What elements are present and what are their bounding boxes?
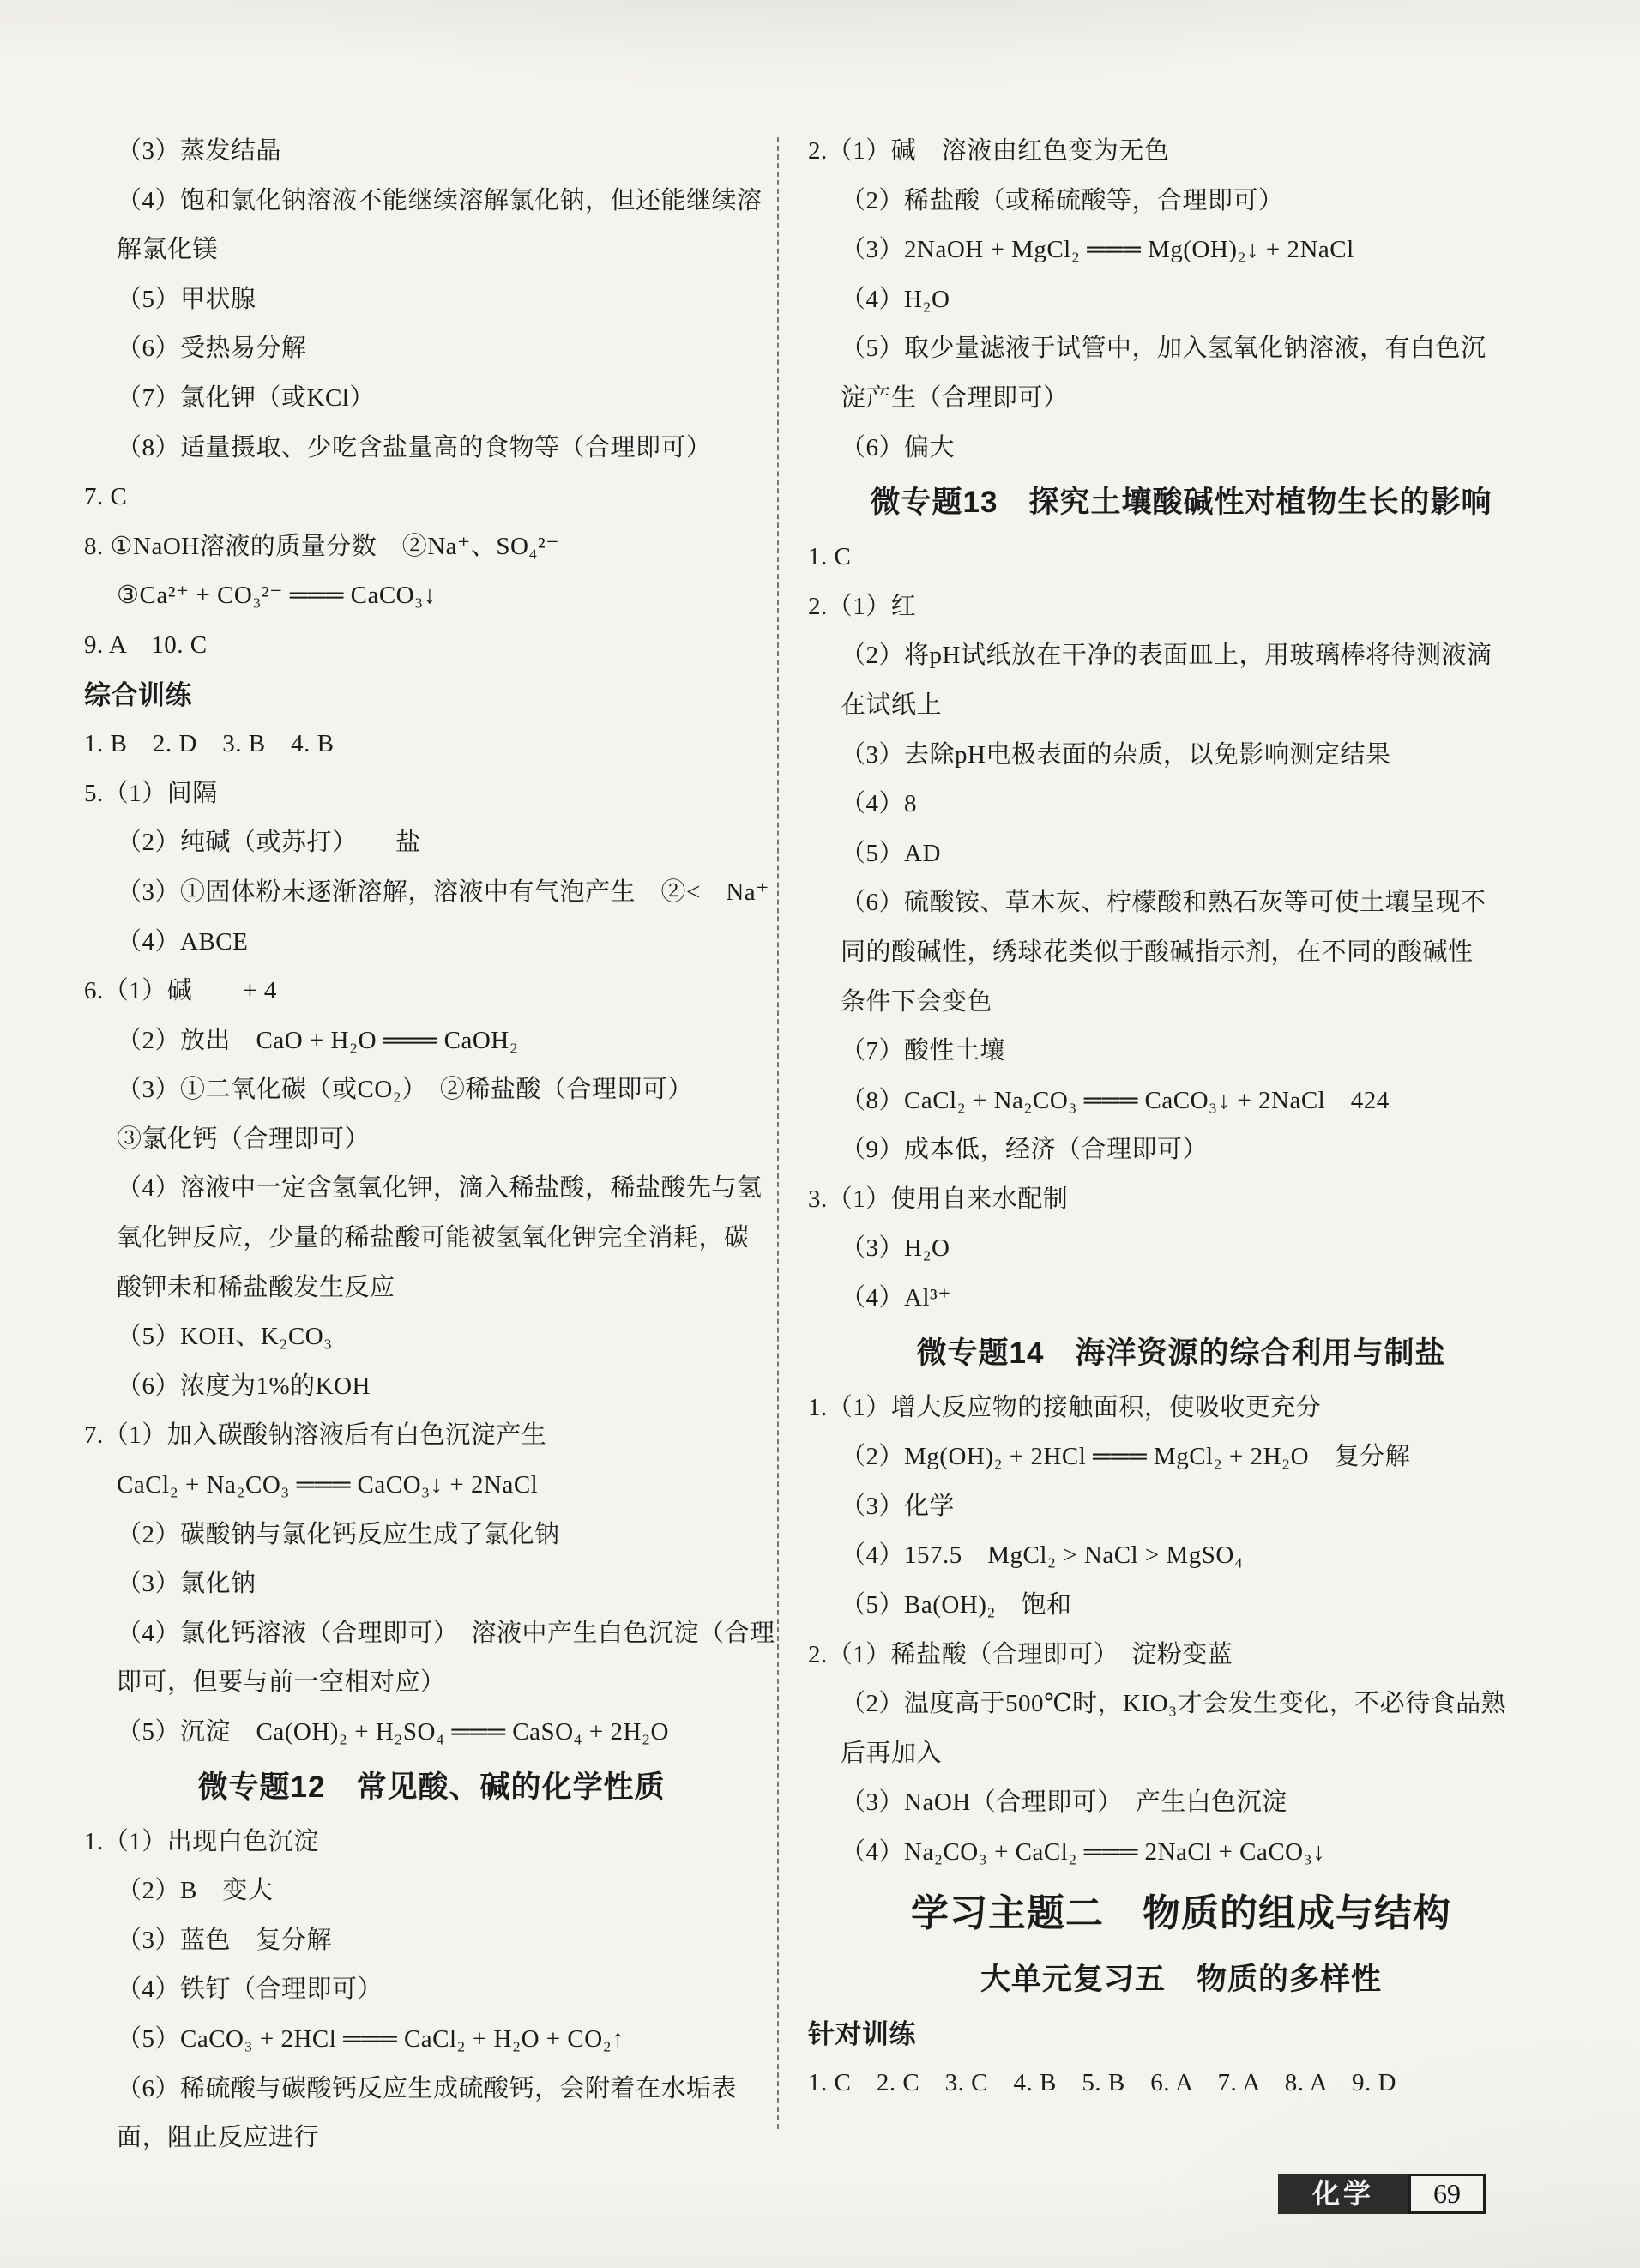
section-heading: 微专题12 常见酸、碱的化学性质 [84,1758,779,1818]
answer-line: 1. C 2. C 3. C 4. B 5. B 6. A 7. A 8. A … [808,2059,1554,2108]
answer-line: （2）B 变大 [84,1867,779,1916]
answer-line: （4）ABCE [84,918,779,968]
column-divider [777,137,779,2129]
answer-line: 后再加入 [808,1729,1554,1779]
answer-line: （6）稀硫酸与碳酸钙反应生成硫酸钙，会附着在水垢表 [84,2065,779,2114]
answer-line: （5）甲状腺 [84,275,779,325]
answer-line: （4）H₂O [808,275,1554,325]
page-number: 69 [1408,2174,1486,2214]
answer-line: （4）Na₂CO₃ + CaCl₂ ═══ 2NaCl + CaCO₃↓ [808,1828,1554,1878]
answer-line: （4）氯化钙溶液（合理即可） 溶液中产生白色沉淀（合理 [84,1609,779,1659]
answer-line: （6）偏大 [808,424,1554,474]
answer-line: （4）溶液中一定含氢氧化钾，滴入稀盐酸，稀盐酸先与氢 [84,1164,779,1214]
answer-line: （2）放出 CaO + H₂O ═══ CaOH₂ [84,1016,779,1066]
answer-line: 2.（1）稀盐酸（合理即可） 淀粉变蓝 [808,1631,1554,1680]
answer-line: ③氯化钙（合理即可） [84,1115,779,1165]
answer-line: （5）CaCO₃ + 2HCl ═══ CaCl₂ + H₂O + CO₂↑ [84,2015,779,2065]
answer-line: （3）2NaOH + MgCl₂ ═══ Mg(OH)₂↓ + 2NaCl [808,226,1554,275]
answer-line: 1.（1）出现白色沉淀 [84,1818,779,1867]
answer-line: 3.（1）使用自来水配制 [808,1175,1554,1225]
answer-line: 9. A 10. C [84,621,779,671]
answer-line: （8）适量摄取、少吃含盐量高的食物等（合理即可） [84,424,779,474]
answer-line: （2）碳酸钠与氯化钙反应生成了氯化钠 [84,1511,779,1560]
answer-line: （2）将pH试纸放在干净的表面皿上，用玻璃棒将待测液滴 [808,631,1554,681]
answer-line: 在试纸上 [808,681,1554,731]
answer-line: 8. ①NaOH溶液的质量分数 ②Na⁺、SO₄²⁻ [84,522,779,572]
answer-line: （6）浓度为1%的KOH [84,1362,779,1412]
answer-line: 条件下会变色 [808,978,1554,1028]
section-heading: 微专题14 海洋资源的综合利用与制盐 [808,1324,1554,1384]
answer-line: 1. B 2. D 3. B 4. B [84,720,779,769]
subject-label: 化学 [1278,2174,1408,2214]
section-heading: 大单元复习五 物质的多样性 [808,1950,1554,2010]
answer-line: （3）蓝色 复分解 [84,1916,779,1966]
answer-line: （3）NaOH（合理即可） 产生白色沉淀 [808,1778,1554,1828]
answer-line: （3）去除pH电极表面的杂质，以免影响测定结果 [808,731,1554,781]
right-column: 2.（1）碱 溶液由红色变为无色（2）稀盐酸（或稀硫酸等，合理即可）（3）2Na… [808,127,1554,2108]
answer-line: （2）稀盐酸（或稀硫酸等，合理即可） [808,177,1554,226]
answer-line: （5）KOH、K₂CO₃ [84,1312,779,1362]
answer-line: （3）①固体粉末逐渐溶解，溶液中有气泡产生 ②< Na⁺ [84,868,779,918]
scanned-answer-page: （3）蒸发结晶（4）饱和氯化钠溶液不能继续溶解氯化钠，但还能继续溶解氯化镁（5）… [0,0,1640,2268]
answer-line: （4）饱和氯化钠溶液不能继续溶解氯化钠，但还能继续溶 [84,177,779,226]
answer-line: （5）AD [808,829,1554,879]
answer-line: （3）①二氧化碳（或CO₂） ②稀盐酸（合理即可） [84,1065,779,1115]
answer-line: 氧化钾反应，少量的稀盐酸可能被氢氧化钾完全消耗，碳 [84,1214,779,1264]
section-heading: 微专题13 探究土壤酸碱性对植物生长的影响 [808,473,1554,533]
answer-line: （7）酸性土壤 [808,1027,1554,1077]
answer-line: 6.（1）碱 + 4 [84,967,779,1016]
answer-line: （3）氯化钠 [84,1559,779,1609]
answer-line: （2）Mg(OH)₂ + 2HCl ═══ MgCl₂ + 2H₂O 复分解 [808,1433,1554,1482]
answer-line: （3）H₂O [808,1224,1554,1274]
answer-line: 1. C [808,533,1554,582]
answer-line: （4）157.5 MgCl₂ > NaCl > MgSO₄ [808,1531,1554,1581]
answer-line: （5）Ba(OH)₂ 饱和 [808,1581,1554,1631]
answer-line: 2.（1）碱 溶液由红色变为无色 [808,127,1554,177]
answer-line: （5）取少量滤液于试管中，加入氢氧化钠溶液，有白色沉 [808,324,1554,374]
answer-line: ③Ca²⁺ + CO₃²⁻ ═══ CaCO₃↓ [84,571,779,621]
answer-line: 2.（1）红 [808,582,1554,632]
answer-line: （6）硫酸铵、草木灰、柠檬酸和熟石灰等可使土壤呈现不 [808,878,1554,928]
answer-line: （4）铁钉（合理即可） [84,1965,779,2015]
section-title: 针对训练 [808,2010,1554,2060]
answer-line: 5.（1）间隔 [84,769,779,819]
answer-line: CaCl₂ + Na₂CO₃ ═══ CaCO₃↓ + 2NaCl [84,1461,779,1511]
answer-line: （9）成本低，经济（合理即可） [808,1125,1554,1175]
answer-line: 酸钾未和稀盐酸发生反应 [84,1264,779,1313]
answer-line: 淀产生（合理即可） [808,374,1554,424]
answer-line: （4）Al³⁺ [808,1274,1554,1324]
answer-line: （3）蒸发结晶 [84,127,779,177]
answer-line: （8）CaCl₂ + Na₂CO₃ ═══ CaCO₃↓ + 2NaCl 424 [808,1077,1554,1126]
answer-line: 面，阻止反应进行 [84,2114,779,2163]
section-title: 综合训练 [84,671,779,721]
answer-line: （2）温度高于500℃时，KIO₃才会发生变化，不必待食品熟 [808,1680,1554,1729]
answer-line: （3）化学 [808,1482,1554,1532]
answer-line: （4）8 [808,780,1554,829]
answer-line: （7）氯化钾（或KCl） [84,374,779,424]
answer-line: （2）纯碱（或苏打） 盐 [84,818,779,868]
answer-line: 7.（1）加入碳酸钠溶液后有白色沉淀产生 [84,1411,779,1461]
answer-line: （5）沉淀 Ca(OH)₂ + H₂SO₄ ═══ CaSO₄ + 2H₂O [84,1708,779,1758]
section-heading: 学习主题二 物质的组成与结构 [808,1878,1554,1950]
answer-line: 7. C [84,473,779,522]
answer-line: 解氯化镁 [84,226,779,275]
answer-line: 同的酸碱性，绣球花类似于酸碱指示剂，在不同的酸碱性 [808,928,1554,978]
answer-line: （6）受热易分解 [84,324,779,374]
answer-line: 1.（1）增大反应物的接触面积，使吸收更充分 [808,1384,1554,1433]
left-column: （3）蒸发结晶（4）饱和氯化钠溶液不能继续溶解氯化钠，但还能继续溶解氯化镁（5）… [84,127,779,2163]
page-footer: 化学 69 [1278,2174,1486,2214]
answer-line: 即可，但要与前一空相对应） [84,1658,779,1708]
